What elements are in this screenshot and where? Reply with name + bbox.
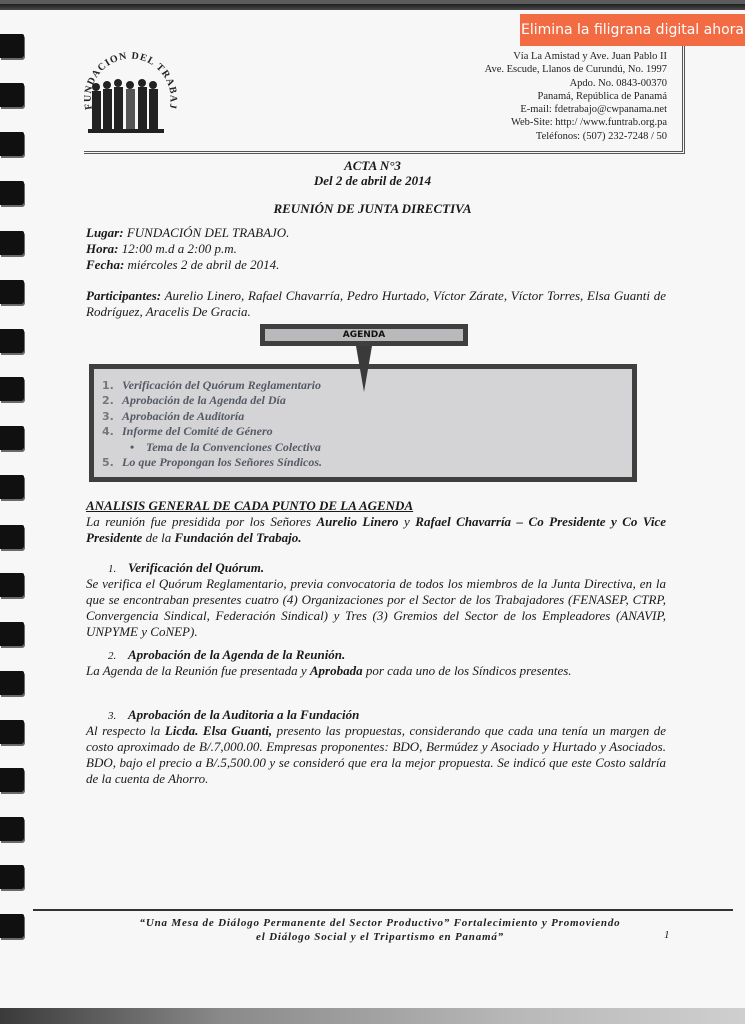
spiral-binding [0, 4, 30, 1014]
address-line: Ave. Escude, Llanos de Curundú, No. 1997 [485, 63, 667, 76]
binding-hole [0, 720, 24, 744]
section-body: Se verifica el Quórum Reglamentario, pre… [86, 576, 666, 640]
agenda-item: 3.Aprobación de Auditoría [102, 409, 632, 424]
binding-hole [0, 280, 24, 304]
binding-hole [0, 817, 24, 841]
binding-hole [0, 34, 24, 58]
remove-watermark-button[interactable]: Elimina la filigrana digital ahora [520, 14, 745, 46]
analysis-intro: La reunión fue presidida por los Señores… [86, 514, 666, 546]
binding-hole [0, 231, 24, 255]
organization-address: Vía La Amistad y Ave. Juan Pablo II Ave.… [485, 50, 667, 143]
binding-hole [0, 426, 24, 450]
binding-hole [0, 865, 24, 889]
acta-title: ACTA N°3 [0, 158, 745, 174]
lugar-line: Lugar: FUNDACIÓN DEL TRABAJO. [86, 225, 289, 241]
meeting-info: Lugar: FUNDACIÓN DEL TRABAJO. Hora: 12:0… [86, 225, 289, 273]
footer-motto: “Una Mesa de Diálogo Permanente del Sect… [80, 916, 680, 944]
binding-hole [0, 329, 24, 353]
binding-hole [0, 132, 24, 156]
agenda-item: 2.Aprobación de la Agenda del Día [102, 393, 632, 408]
agenda-subitem: •Tema de la Convenciones Colectiva [102, 440, 632, 455]
section-heading: 2.Aprobación de la Agenda de la Reunión. [108, 647, 345, 663]
agenda-pointer-icon [356, 346, 372, 392]
binding-hole [0, 377, 24, 401]
agenda-item: 5.Lo que Propongan los Señores Síndicos. [102, 455, 632, 470]
binding-hole [0, 914, 24, 938]
binding-hole [0, 525, 24, 549]
binding-hole [0, 622, 24, 646]
participants: Participantes: Aurelio Linero, Rafael Ch… [86, 288, 666, 320]
scan-bottom-edge [0, 1008, 745, 1024]
document-page: ​ FUNDACION DEL TRABAJO [0, 4, 745, 1014]
bullet-icon: • [130, 440, 146, 455]
acta-date: Del 2 de abril de 2014 [0, 173, 745, 189]
section-body: Al respecto la Licda. Elsa Guanti, prese… [86, 723, 666, 787]
binding-hole [0, 83, 24, 107]
binding-hole [0, 768, 24, 792]
meeting-title: REUNIÓN DE JUNTA DIRECTIVA [0, 201, 745, 217]
footer-divider [33, 909, 733, 911]
workers-group-logo-icon: FUNDACION DEL TRABAJO [78, 49, 182, 139]
binding-hole [0, 573, 24, 597]
website: Web-Site: http:/ /www.funtrab.org.pa [485, 116, 667, 129]
address-country: Panamá, República de Panamá [485, 90, 667, 103]
section-heading: 3.Aprobación de la Auditoria a la Fundac… [108, 707, 359, 723]
address-line: Vía La Amistad y Ave. Juan Pablo II [485, 50, 667, 63]
section-body: La Agenda de la Reunión fue presentada y… [86, 663, 666, 679]
section-heading: 1.Verificación del Quórum. [108, 560, 264, 576]
page-number: 1 [664, 929, 670, 941]
binding-hole [0, 475, 24, 499]
fecha-line: Fecha: miércoles 2 de abril de 2014. [86, 257, 289, 273]
analysis-heading: ANALISIS GENERAL DE CADA PUNTO DE LA AGE… [86, 498, 413, 514]
hora-line: Hora: 12:00 m.d a 2:00 p.m. [86, 241, 289, 257]
po-box: Apdo. No. 0843-00370 [485, 77, 667, 90]
binding-hole [0, 671, 24, 695]
agenda-label: AGENDA [260, 324, 468, 346]
phone: Teléfonos: (507) 232-7248 / 50 [485, 130, 667, 143]
scan-top-edge [0, 4, 745, 10]
agenda-item: 4.Informe del Comité de Género [102, 424, 632, 439]
email: E-mail: fdetrabajo@cwpanama.net [485, 103, 667, 116]
